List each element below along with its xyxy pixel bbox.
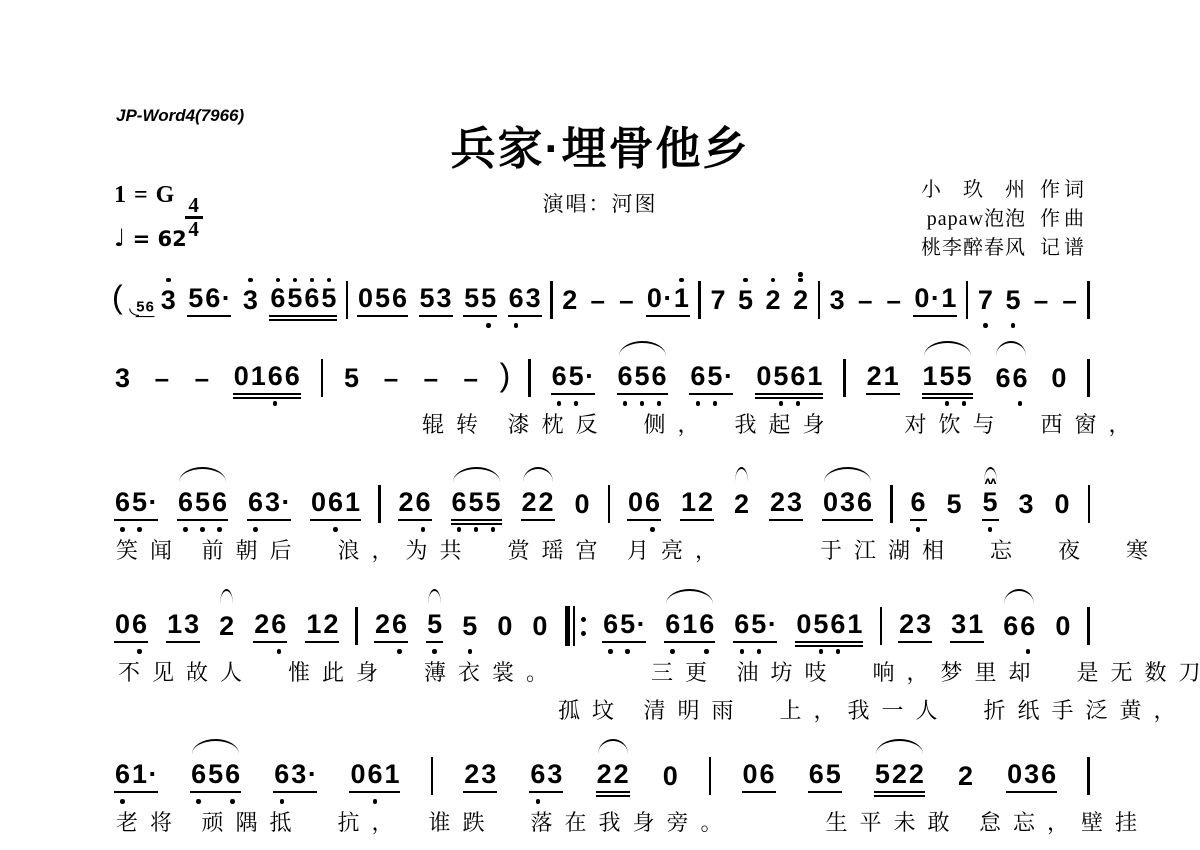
note-group: 63·: [247, 475, 291, 533]
lyrics-row: 笑闻 前朝后 浪，为共 赏瑶宫 月亮， 于江湖相 忘 夜 寒 长，: [116, 536, 1090, 566]
barline: [321, 359, 324, 397]
barline: [843, 359, 846, 397]
composer-credit: papaw泡泡 作曲: [921, 205, 1088, 234]
note-group: 656: [177, 475, 228, 533]
note-group: 63·: [273, 747, 317, 805]
quarter-note-icon: ♩: [114, 224, 125, 252]
dash-note: –: [460, 362, 482, 395]
note-group: 0: [496, 597, 513, 655]
note-group: 22: [521, 475, 555, 533]
note-group: 65·: [689, 349, 733, 407]
note-group: 0·1: [913, 271, 957, 329]
notation-line-5: 61·65663·061236322006655222036 老将 顽隅抵 抗，…: [112, 746, 1090, 838]
barline: [890, 485, 893, 523]
note-group: 61·: [114, 747, 158, 805]
dash-note: –: [151, 362, 173, 395]
note-group: 0: [531, 597, 548, 655]
note-group: 3: [242, 271, 259, 329]
dash-note: –: [1030, 284, 1052, 317]
note-group: 53: [419, 271, 453, 329]
barline: [378, 485, 381, 523]
barline: [1087, 757, 1090, 795]
note-group: 036: [1006, 747, 1057, 805]
note-group: 65·: [602, 597, 646, 655]
note-group: 56·: [187, 271, 231, 329]
barline: [698, 281, 701, 319]
barline: [346, 281, 349, 319]
notes-row-4: 06132261226550065·61665·05612331660: [112, 596, 1090, 656]
transcriber-name: 桃李醉春风: [921, 234, 1026, 263]
note-group: 06: [114, 597, 148, 655]
notes-row-5: 61·65663·061236322006655222036: [112, 746, 1090, 806]
time-signature: 44: [185, 195, 203, 241]
note-group: 55: [463, 271, 497, 329]
note-group: 66: [994, 349, 1028, 407]
note-group: ʌʌ5: [982, 475, 999, 533]
lyricist-credit: 小 玖 州 作词: [921, 176, 1088, 205]
note-group: 56: [136, 292, 155, 324]
note-group: 7: [709, 271, 726, 329]
note-group: 5: [426, 597, 443, 655]
lyricist-name: 小 玖 州: [921, 176, 1026, 205]
note-group: 31: [950, 597, 984, 655]
note-group: 0: [1050, 349, 1067, 407]
note-group: 5: [737, 271, 754, 329]
note-group: 3: [829, 271, 846, 329]
note-group: 0: [1054, 475, 1071, 533]
dash-note: –: [854, 284, 876, 317]
note-group: 656: [190, 747, 241, 805]
note-group: 2: [218, 597, 235, 655]
note-group: 23: [463, 747, 497, 805]
barline: [1087, 607, 1090, 645]
note-group: 155: [922, 349, 973, 407]
note-group: 0: [574, 475, 591, 533]
note-group: 056: [357, 271, 408, 329]
barline: [966, 281, 969, 319]
dash-note: –: [587, 284, 609, 317]
note-group: 2: [733, 475, 750, 533]
lyrics-row: 老将 顽隅抵 抗， 谁跌 落在我身旁。 生平未敢 怠忘，壁挂: [116, 808, 1090, 838]
lyrics-row: 辊转 漆枕反 侧， 我起身 对饮与 西窗，: [422, 410, 1090, 440]
note-group: 616: [664, 597, 715, 655]
transcriber-credit: 桃李醉春风 记谱: [921, 234, 1088, 263]
note-group: 22: [596, 747, 630, 805]
note-group: 63: [508, 271, 542, 329]
note-group: 2: [792, 271, 809, 329]
dash-note: –: [420, 362, 442, 395]
credits-block: 小 玖 州 作词 papaw泡泡 作曲 桃李醉春风 记谱: [921, 176, 1088, 263]
note-group: 3: [160, 271, 177, 329]
dash-note: –: [191, 362, 213, 395]
dash-note: –: [380, 362, 402, 395]
note-group: 2: [957, 747, 974, 805]
note-group: 0561: [795, 597, 863, 655]
note-group: 65·: [114, 475, 158, 533]
barline: [1087, 281, 1090, 319]
note-group: 26: [374, 597, 408, 655]
note-group: 3: [1018, 475, 1035, 533]
note-group: 0561: [755, 349, 823, 407]
note-group: 66: [1002, 597, 1036, 655]
barline: [818, 281, 821, 319]
note-group: 061: [349, 747, 400, 805]
key-label: 1 = G: [114, 182, 175, 208]
barline: [880, 607, 883, 645]
tempo-marking: ♩ = 62: [114, 224, 187, 252]
note-group: 12: [305, 597, 339, 655]
note-group: 2: [765, 271, 782, 329]
notes-row-1: (56356·365650565355632––0·175223––0·175–…: [112, 270, 1090, 330]
composer-role: 作曲: [1040, 205, 1088, 234]
note-group: 63: [529, 747, 563, 805]
note-group: 0: [1054, 597, 1071, 655]
notation-line-2: 3––01665–––)65·65665·056121155660 辊转 漆枕反…: [112, 348, 1090, 440]
note-group: 0: [662, 747, 679, 805]
notation-line-4: 06132261226550065·61665·05612331660 不见故人…: [112, 596, 1090, 726]
note-group: 21: [866, 349, 900, 407]
note-group: 7: [977, 271, 994, 329]
song-title: 兵家·埋骨他乡: [0, 112, 1200, 177]
note-group: 65: [808, 747, 842, 805]
note-group: 036: [822, 475, 873, 533]
sheet-music-page: JP-Word4(7966) 兵家·埋骨他乡 演唱：河图 小 玖 州 作词 pa…: [0, 0, 1200, 850]
dash-note: –: [883, 284, 905, 317]
note-group: 655: [451, 475, 502, 533]
note-group: 23: [898, 597, 932, 655]
notation-line-3: 65·65663·06126655220061222303665ʌʌ530 笑闻…: [112, 474, 1090, 566]
barline: [355, 607, 358, 645]
barline: [1087, 359, 1090, 397]
note-group: 06: [627, 475, 661, 533]
parenthesis: (: [112, 281, 123, 320]
repeat-barline: [565, 606, 587, 646]
note-group: 3: [114, 349, 131, 407]
dash-note: –: [615, 284, 637, 317]
barline: [1088, 485, 1091, 523]
transcriber-role: 记谱: [1040, 234, 1088, 263]
lyrics-row-verse1: 不见故人 惟此身 薄衣裳。 三更 油坊吱 响，梦里却 是无数刀光，: [118, 658, 1090, 688]
note-group: 6565: [269, 271, 337, 329]
note-group: 2: [561, 271, 578, 329]
tempo-value: = 62: [133, 227, 187, 251]
notation-line-1: (56356·365650565355632––0·175223––0·175–…: [112, 270, 1090, 330]
composer-name: papaw泡泡: [927, 205, 1026, 234]
note-group: 656: [617, 349, 668, 407]
barline: [709, 757, 712, 795]
time-numerator: 4: [185, 195, 203, 219]
note-group: 26: [398, 475, 432, 533]
barline: [608, 485, 611, 523]
note-group: 5: [461, 597, 478, 655]
notes-row-2: 3––01665–––)65·65665·056121155660: [112, 348, 1090, 408]
barline: [431, 757, 434, 795]
barline: [550, 281, 553, 319]
note-group: 061: [310, 475, 361, 533]
note-group: 0166: [233, 349, 301, 407]
note-group: 65·: [551, 349, 595, 407]
note-group: 6: [910, 475, 927, 533]
note-group: 5: [343, 349, 360, 407]
note-group: 0·1: [646, 271, 690, 329]
barline: [528, 359, 531, 397]
note-group: 5: [1004, 271, 1021, 329]
lyricist-role: 作词: [1040, 176, 1088, 205]
notes-row-3: 65·65663·06126655220061222303665ʌʌ530: [112, 474, 1090, 534]
note-group: 12: [680, 475, 714, 533]
lyrics-row-verse2: 孤坟 清明雨 上，我一人 折纸手泛黄，: [558, 696, 1090, 726]
dash-note: –: [1059, 284, 1081, 317]
note-group: 06: [742, 747, 776, 805]
note-group: 13: [166, 597, 200, 655]
note-group: 5: [946, 475, 963, 533]
note-group: 26: [253, 597, 287, 655]
note-group: 522: [874, 747, 925, 805]
note-group: 65·: [733, 597, 777, 655]
note-group: 23: [769, 475, 803, 533]
time-denominator: 4: [188, 219, 200, 240]
parenthesis: ): [500, 359, 511, 398]
